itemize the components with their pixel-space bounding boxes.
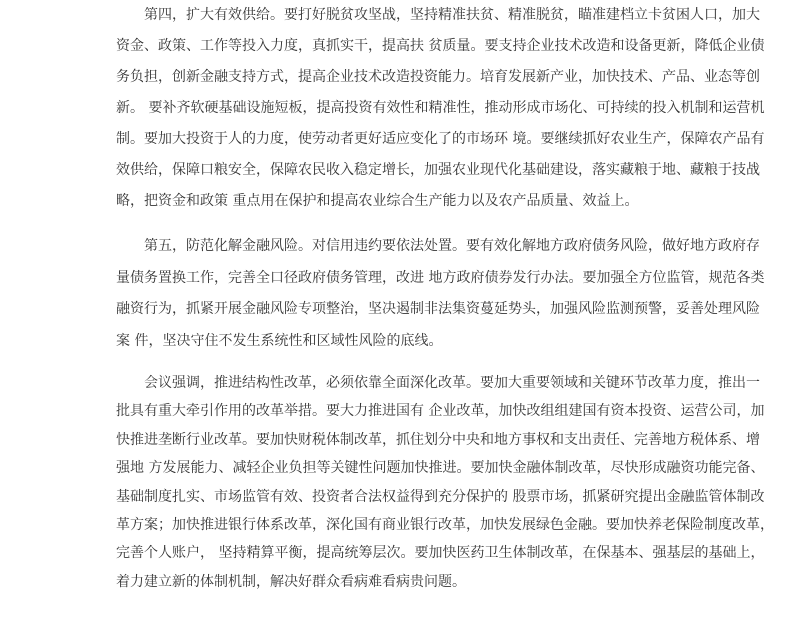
text-line: 第四，扩大有效供给。要打好脱贫攻坚战，坚持精准扶贫、精准脱贫，瞄准建档立卡贫困人… bbox=[116, 0, 686, 31]
text-line: 融资行为，抓紧开展金融风险专项整治，坚决遏制非法集资蔓延势头，加强风险监测预警，… bbox=[116, 294, 686, 326]
text-line: 快推进垄断行业改革。要加快财税体制改革，抓住划分中央和地方事权和支出责任、完善地… bbox=[116, 426, 686, 454]
text-line: 完善个人账户， 坚持精算平衡，提高统筹层次。要加快医药卫生体制改革，在保基本、强… bbox=[116, 539, 686, 567]
text-line: 案 件，坚决守住不发生系统性和区域性风险的底线。 bbox=[116, 326, 686, 358]
text-line: 效供给，保障口粮安全，保障农民收入稳定增长，加强农业现代化基础建设，落实藏粮于地… bbox=[116, 155, 686, 186]
text-line: 批具有重大牵引作用的改革举措。要大力推进国有 企业改革，加快改组组建国有资本投资… bbox=[116, 397, 686, 425]
text-line: 会议强调，推进结构性改革，必须依靠全面深化改革。要加大重要领域和关键环节改革力度… bbox=[116, 369, 686, 397]
text-line: 制。要加大投资于人的力度，使劳动者更好适应变化了的市场环 境。要继续抓好农业生产… bbox=[116, 124, 686, 155]
text-line: 革方案；加快推进银行体系改革，深化国有商业银行改革，加快发展绿色金融。要加快养老… bbox=[116, 511, 686, 539]
text-line: 新。 要补齐软硬基础设施短板，提高投资有效性和精准性，推动形成市场化、可持续的投… bbox=[116, 93, 686, 124]
text-line: 量债务置换工作，完善全口径政府债务管理，改进 地方政府债券发行办法。要加强全方位… bbox=[116, 263, 686, 295]
text-line: 资金、政策、工作等投入力度，真抓实干，提高扶 贫质量。要支持企业技术改造和设备更… bbox=[116, 31, 686, 62]
text-line: 着力建立新的体制机制，解决好群众看病难看病贵问题。 bbox=[116, 568, 686, 596]
text-line: 强地 方发展能力、减轻企业负担等关键性问题加快推进。要加快金融体制改革，尽快形成… bbox=[116, 454, 686, 482]
paragraph-expand-supply: 第四，扩大有效供给。要打好脱贫攻坚战，坚持精准扶贫、精准脱贫，瞄准建档立卡贫困人… bbox=[116, 0, 686, 217]
paragraph-financial-risk: 第五，防范化解金融风险。对信用违约要依法处置。要有效化解地方政府债务风险，做好地… bbox=[116, 231, 686, 357]
text-line: 第五，防范化解金融风险。对信用违约要依法处置。要有效化解地方政府债务风险，做好地… bbox=[116, 231, 686, 263]
paragraph-structural-reform: 会议强调，推进结构性改革，必须依靠全面深化改革。要加大重要领域和关键环节改革力度… bbox=[116, 369, 686, 596]
text-line: 务负担，创新金融支持方式，提高企业技术改造投资能力。培育发展新产业，加快技术、产… bbox=[116, 62, 686, 93]
text-line: 略，把资金和政策 重点用在保护和提高农业综合生产能力以及农产品质量、效益上。 bbox=[116, 186, 686, 217]
text-line: 基础制度扎实、市场监管有效、投资者合法权益得到充分保护的 股票市场，抓紧研究提出… bbox=[116, 483, 686, 511]
